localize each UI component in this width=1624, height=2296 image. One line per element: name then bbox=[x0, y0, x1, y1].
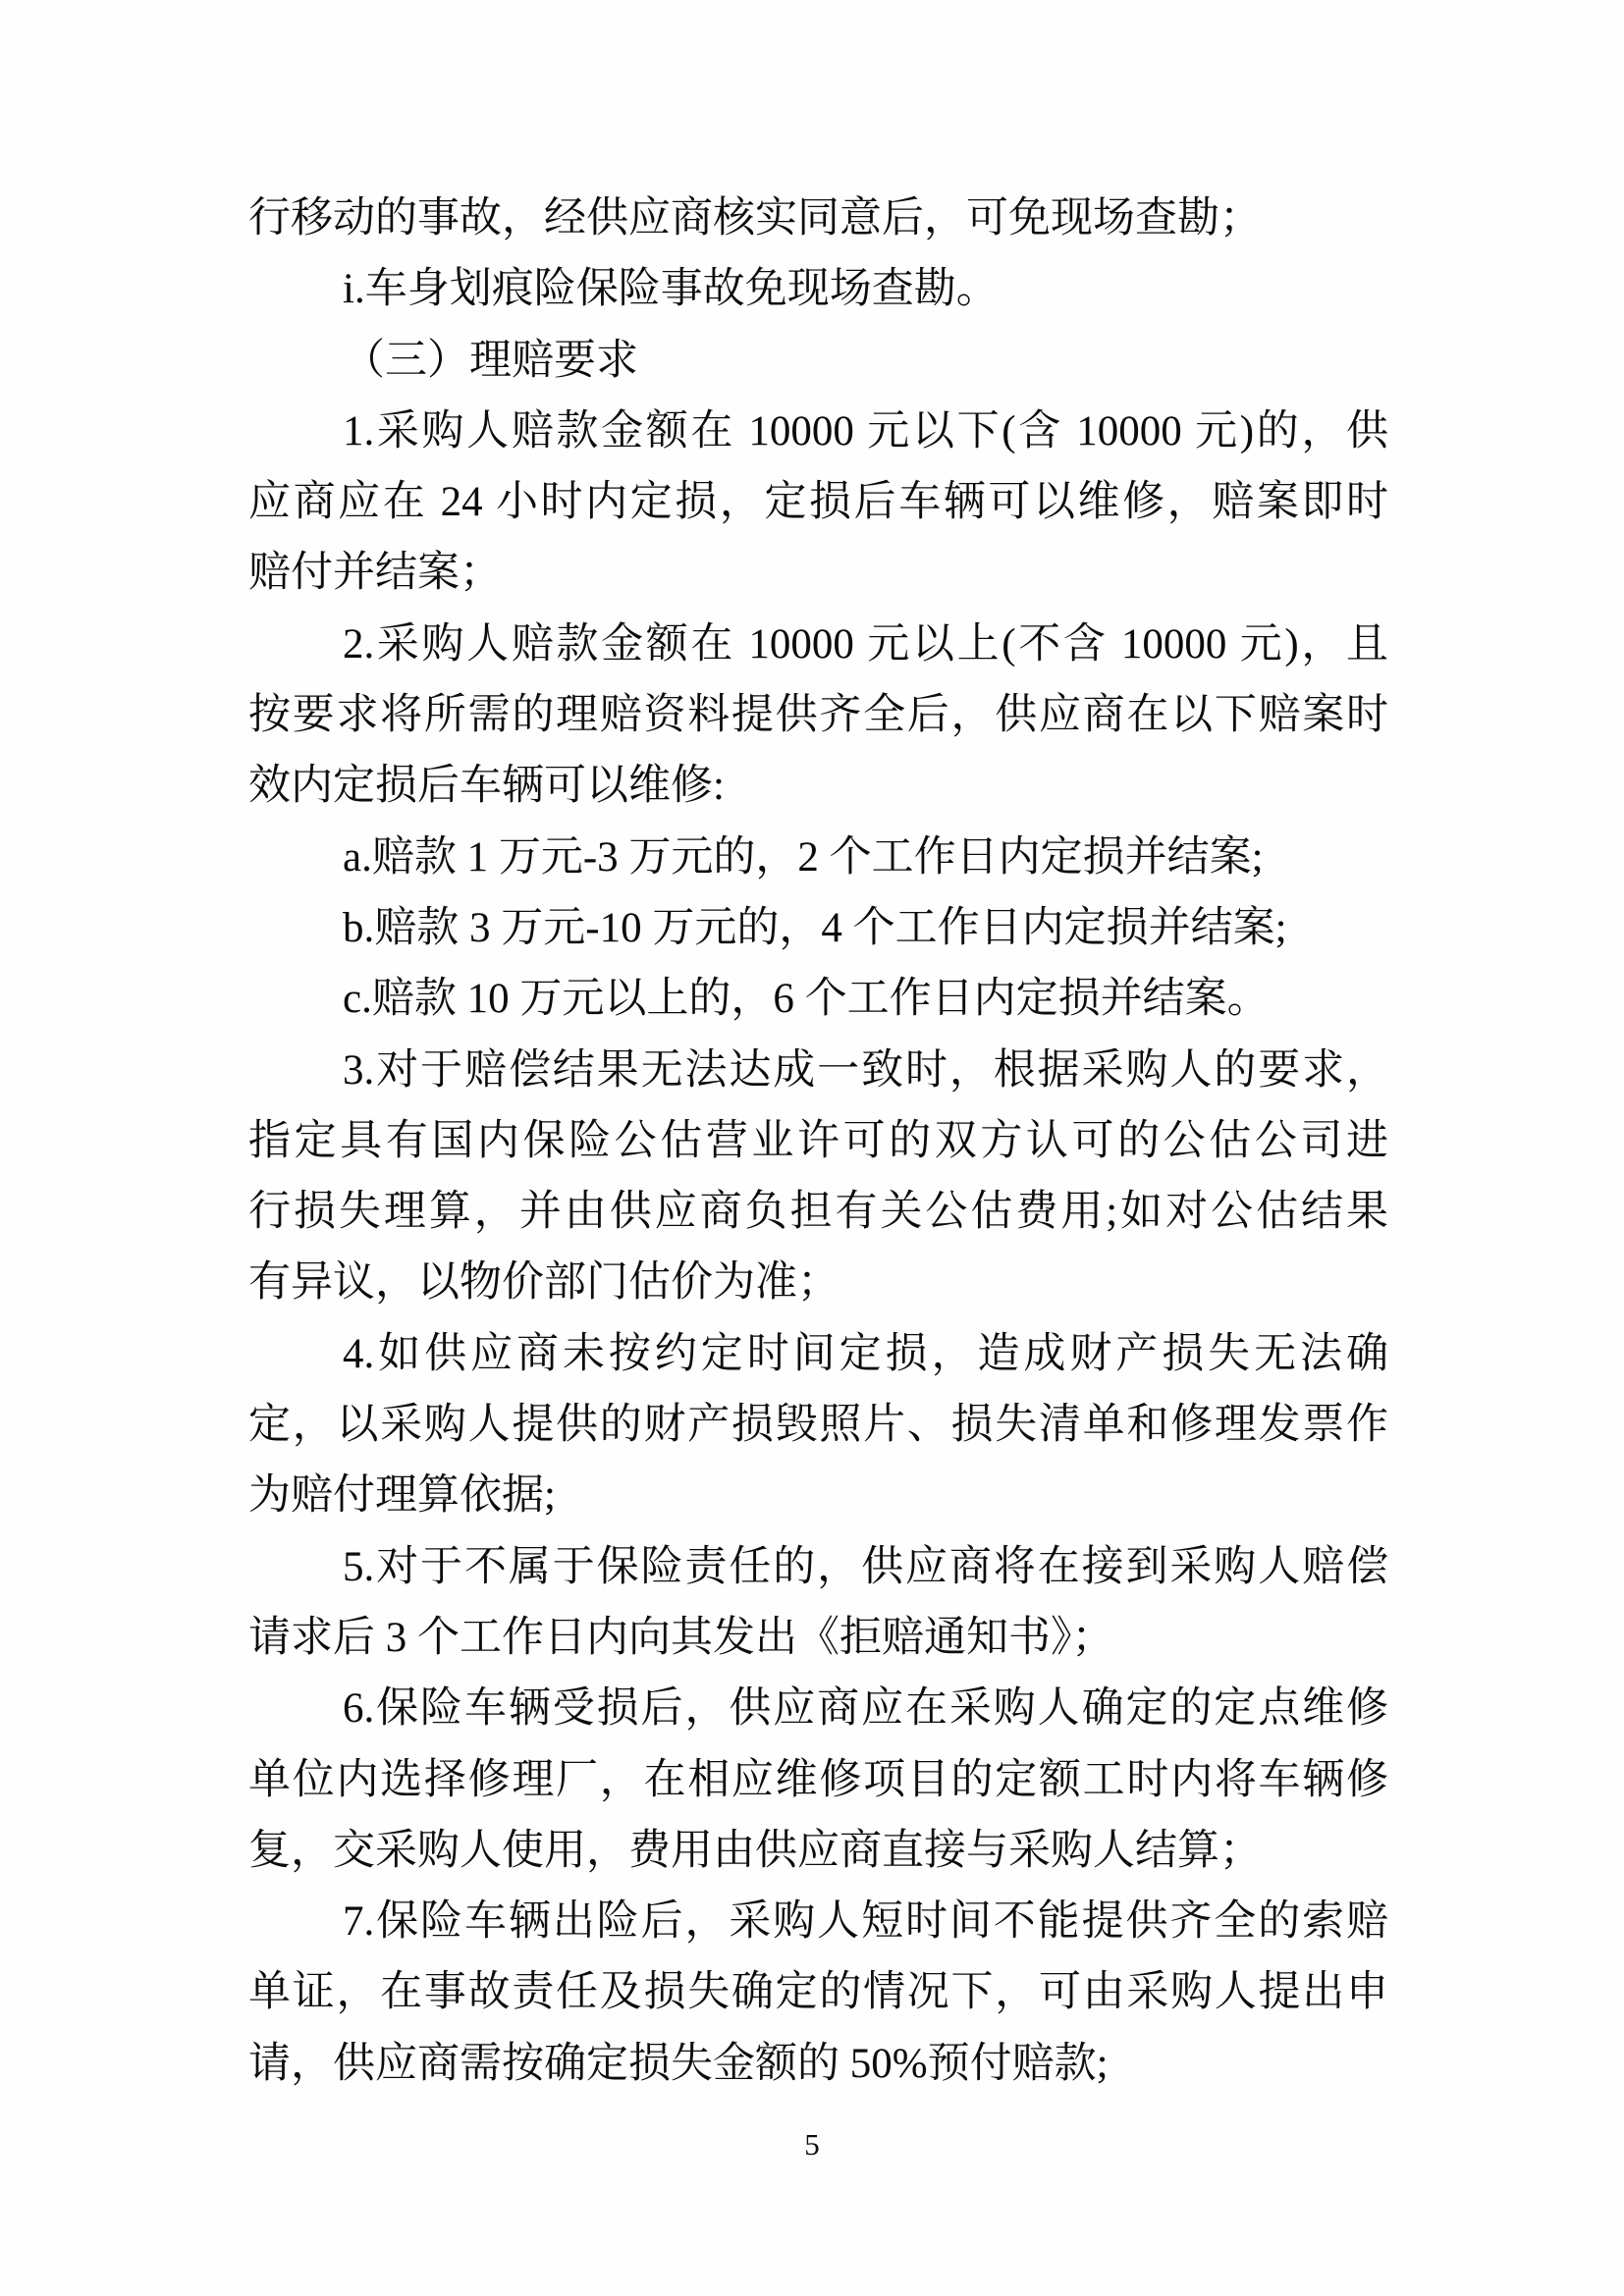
document-body: 行移动的事故，经供应商核实同意后，可免现场查勘； i.车身划痕险保险事故免现场查… bbox=[248, 184, 1388, 2100]
text-line: 按要求将所需的理赔资料提供齐全后，供应商在以下赔案时 bbox=[248, 680, 1388, 751]
section-heading: （三）理赔要求 bbox=[248, 326, 1388, 397]
text-line: 复，交采购人使用，费用由供应商直接与采购人结算； bbox=[248, 1816, 1388, 1887]
text-line: b.赔款 3 万元-10 万元的，4 个工作日内定损并结案; bbox=[248, 893, 1388, 964]
text-line: 7.保险车辆出险后，采购人短时间不能提供齐全的索赔 bbox=[248, 1887, 1388, 1957]
text-line: 行损失理算，并由供应商负担有关公估费用;如对公估结果 bbox=[248, 1177, 1388, 1248]
text-line: c.赔款 10 万元以上的，6 个工作日内定损并结案。 bbox=[248, 964, 1388, 1035]
text-line: 请，供应商需按确定损失金额的 50%预付赔款; bbox=[248, 2029, 1388, 2100]
text-line: 定，以采购人提供的财产损毁照片、损失清单和修理发票作 bbox=[248, 1390, 1388, 1461]
text-line: 为赔付理算依据; bbox=[248, 1461, 1388, 1531]
text-line: 应商应在 24 小时内定损，定损后车辆可以维修，赔案即时 bbox=[248, 467, 1388, 538]
text-line: 赔付并结案； bbox=[248, 538, 1388, 609]
text-line: 效内定损后车辆可以维修: bbox=[248, 751, 1388, 822]
text-line: 请求后 3 个工作日内向其发出《拒赔通知书》； bbox=[248, 1603, 1388, 1674]
text-line: 1.采购人赔款金额在 10000 元以下(含 10000 元)的，供 bbox=[248, 397, 1388, 467]
text-line: i.车身划痕险保险事故免现场查勘。 bbox=[248, 254, 1388, 325]
text-line: 5.对于不属于保险责任的，供应商将在接到采购人赔偿 bbox=[248, 1532, 1388, 1603]
text-line: 单位内选择修理厂，在相应维修项目的定额工时内将车辆修 bbox=[248, 1745, 1388, 1816]
text-line: 行移动的事故，经供应商核实同意后，可免现场查勘； bbox=[248, 184, 1388, 254]
text-line: 有异议，以物价部门估价为准； bbox=[248, 1248, 1388, 1318]
page-number: 5 bbox=[0, 2126, 1624, 2163]
text-line: a.赔款 1 万元-3 万元的，2 个工作日内定损并结案; bbox=[248, 823, 1388, 893]
text-line: 6.保险车辆受损后，供应商应在采购人确定的定点维修 bbox=[248, 1674, 1388, 1744]
text-line: 2.采购人赔款金额在 10000 元以上(不含 10000 元)，且 bbox=[248, 610, 1388, 680]
text-line: 指定具有国内保险公估营业许可的双方认可的公估公司进 bbox=[248, 1106, 1388, 1177]
text-line: 4.如供应商未按约定时间定损，造成财产损失无法确 bbox=[248, 1319, 1388, 1390]
text-line: 单证，在事故责任及损失确定的情况下，可由采购人提出申 bbox=[248, 1957, 1388, 2028]
document-page: 行移动的事故，经供应商核实同意后，可免现场查勘； i.车身划痕险保险事故免现场查… bbox=[0, 0, 1624, 2296]
text-line: 3.对于赔偿结果无法达成一致时，根据采购人的要求， bbox=[248, 1036, 1388, 1106]
